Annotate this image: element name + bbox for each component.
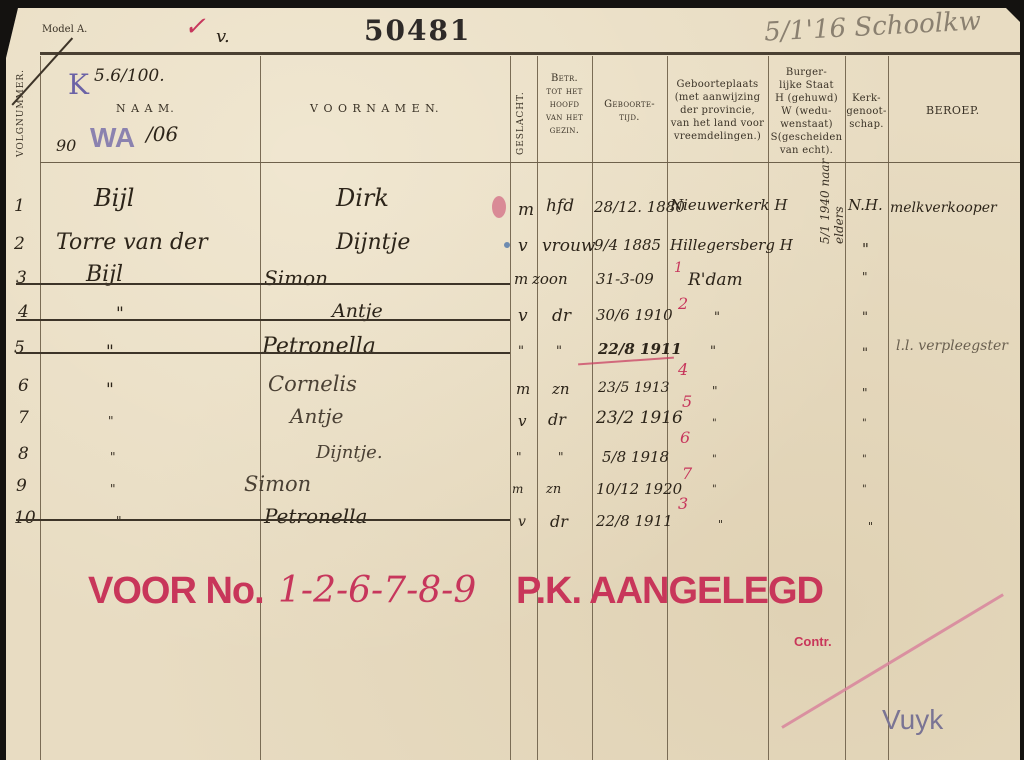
row-9-geslacht: m — [512, 482, 523, 496]
row-6-kerk: " — [862, 386, 868, 400]
row-7-geboortetijd: 23/2 1916 — [596, 408, 683, 428]
header-burgerlijke-staat: Burger- lijke Staat H (gehuwd) W (wedu- … — [768, 66, 845, 157]
row-2-voornamen: Dijntje — [336, 230, 410, 255]
row-5-geboorteplaats: " — [710, 344, 716, 359]
row-6-betr: zn — [552, 380, 570, 398]
row-3-red-index: 1 — [674, 260, 683, 276]
row-1-beroep: melkverkooper — [890, 200, 997, 216]
header-geslacht: GESLACHT. — [516, 88, 526, 158]
blue-dot — [504, 242, 510, 248]
top-rule — [40, 52, 1020, 55]
row-2-geboortetijd: 9/4 1885 — [594, 236, 661, 254]
header-voornamen: V O O R N A M E N. — [310, 102, 440, 115]
row-9-nr: 9 — [16, 476, 27, 496]
row-4-naam: " — [116, 304, 124, 324]
row-3-kerk: " — [862, 270, 868, 284]
row-9-geboortetijd: 10/12 1920 — [596, 480, 682, 498]
row-8-nr: 8 — [18, 444, 29, 464]
header-geboortetijd: Geboorte- tijd. — [592, 98, 667, 124]
row-3-geboortetijd: 31-3-09 — [596, 270, 654, 288]
row-7-kerk: " — [862, 418, 867, 429]
row-10-red-index: 3 — [678, 494, 688, 513]
row-8-geboorteplaats: " — [712, 454, 717, 465]
header-naam: N A A M. — [116, 102, 175, 115]
red-seal-dot — [492, 196, 506, 218]
row-4-kerk: " — [862, 310, 868, 325]
row-3-geslacht: m — [514, 270, 528, 288]
row-9-kerk: " — [862, 484, 867, 495]
row-7-betr: dr — [548, 410, 566, 429]
row-4-red-index: 2 — [678, 294, 688, 313]
register-card: Model A. ✓ v. 50481 5/1'16 Schoolkw VOLG… — [6, 8, 1020, 760]
row-7-geboorteplaats: " — [712, 418, 717, 429]
row-3-strike — [16, 283, 510, 285]
row-8-geslacht: " — [516, 450, 522, 464]
row-9-naam: " — [110, 482, 116, 496]
row-4-betr: dr — [552, 306, 571, 326]
row-5-geslacht: " — [518, 344, 524, 359]
pk-stamp-signature: Vuyk — [882, 704, 943, 736]
row-6-geboortetijd: 23/5 1913 — [598, 380, 670, 396]
row-8-naam: " — [110, 450, 116, 464]
row-7-naam: " — [108, 414, 114, 428]
row-10-voornamen: Petronella — [264, 504, 367, 528]
row-6-geboorteplaats: " — [712, 384, 718, 398]
row-2-kerk: " — [862, 240, 869, 258]
row-10-betr: dr — [550, 512, 568, 531]
row-2-geboorteplaats: Hillegersberg H — [670, 236, 793, 254]
row-9-voornamen: Simon — [244, 472, 311, 496]
wa-note: /06 — [146, 122, 178, 146]
row-4-geslacht: v — [518, 306, 528, 326]
row-3-voornamen: Simon — [264, 266, 328, 290]
row-5-beroep: l.l. verpleegster — [896, 338, 1008, 354]
k-stamp-note: 5.6/100. — [94, 66, 165, 86]
row-8-betr: " — [558, 450, 564, 464]
row-6-naam: " — [106, 380, 114, 400]
row-3-betr: zoon — [532, 270, 568, 288]
row-7-red-index: 5 — [682, 392, 692, 411]
row-4-strike — [16, 319, 510, 321]
row-3-nr: 3 — [16, 268, 27, 288]
k-stamp: K — [68, 68, 89, 101]
row-2-nr: 2 — [14, 234, 25, 254]
row-7-geslacht: v — [518, 412, 526, 430]
row-1-voornamen: Dirk — [336, 184, 389, 212]
top-right-note: 5/1'16 Schoolkw — [763, 6, 981, 47]
row-5-nr: 5 — [14, 338, 25, 358]
red-check-mark: ✓ — [184, 12, 206, 42]
row-10-geslacht: v — [518, 514, 526, 530]
row-5-kerk: " — [862, 346, 868, 361]
card-number: 50481 — [364, 14, 471, 47]
row-4-geboorteplaats: " — [714, 310, 720, 325]
row-1-geslacht: m — [518, 200, 534, 220]
row-6-red-index: 4 — [678, 360, 688, 379]
row-10-geboorteplaats: " — [718, 518, 723, 531]
vertical-side-note: 5/1 1940 naar elders — [818, 154, 846, 244]
row-10-kerk: " — [868, 520, 873, 533]
row-8-red-index: 6 — [680, 428, 690, 447]
row-1-geboorteplaats: Nieuwerkerk H — [670, 196, 787, 214]
row-8-voornamen: Dijntje. — [316, 442, 383, 463]
pk-stamp-numbers: 1-2-6-7-8-9 — [278, 570, 476, 611]
row-9-red-index: 7 — [682, 464, 692, 483]
row-3-geboorteplaats: R'dam — [688, 270, 743, 290]
wa-prefix: 90 — [56, 136, 76, 155]
pk-stamp-contr: Contr. — [794, 634, 832, 649]
row-5-betr: " — [556, 344, 562, 359]
row-9-geboorteplaats: " — [712, 484, 717, 495]
row-10-geboortetijd: 22/8 1911 — [596, 512, 673, 530]
row-5-voornamen: Petronella — [262, 334, 376, 359]
header-geboorteplaats: Geboorteplaats (met aanwijzing der provi… — [667, 78, 768, 143]
row-10-naam: " — [116, 514, 122, 528]
row-1-betr: hfd — [546, 196, 574, 216]
row-5-strike — [16, 352, 510, 354]
row-1-naam: Bijl — [94, 184, 134, 212]
row-7-nr: 7 — [18, 408, 29, 428]
header-kerkgenootschap: Kerk- genoot- schap. — [845, 92, 888, 131]
row-2-naam: Torre van der — [56, 230, 208, 255]
header-rule — [40, 162, 1020, 163]
header-betrekking: Betr. tot het hoofd van het gezin. — [537, 72, 592, 137]
row-9-betr: zn — [546, 482, 561, 497]
row-6-geslacht: m — [516, 380, 530, 398]
row-1-kerk: N.H. — [848, 196, 883, 214]
pk-stamp-suffix: P.K. AANGELEGD — [516, 570, 823, 613]
model-label: Model A. — [42, 24, 87, 35]
row-8-kerk: " — [862, 454, 867, 465]
header-volgnummer: VOLGNUMMER. — [16, 68, 26, 158]
row-2-geslacht: v — [518, 236, 528, 256]
row-6-nr: 6 — [18, 376, 29, 396]
row-2-betr: vrouw — [542, 236, 595, 256]
row-10-strike — [16, 519, 510, 521]
row-5-geboortetijd: 22/8 1911 — [598, 340, 682, 358]
ink-check-mark: v. — [216, 26, 230, 47]
row-6-voornamen: Cornelis — [268, 372, 357, 396]
header-beroep: BEROEP. — [926, 104, 980, 117]
row-7-voornamen: Antje — [290, 404, 343, 428]
row-4-geboortetijd: 30/6 1910 — [596, 306, 673, 324]
row-10-nr: 10 — [14, 508, 36, 528]
row-1-nr: 1 — [14, 196, 25, 216]
row-8-geboortetijd: 5/8 1918 — [602, 448, 669, 466]
pk-stamp-prefix: VOOR No. — [88, 570, 264, 613]
wa-stamp: WA — [90, 122, 135, 154]
